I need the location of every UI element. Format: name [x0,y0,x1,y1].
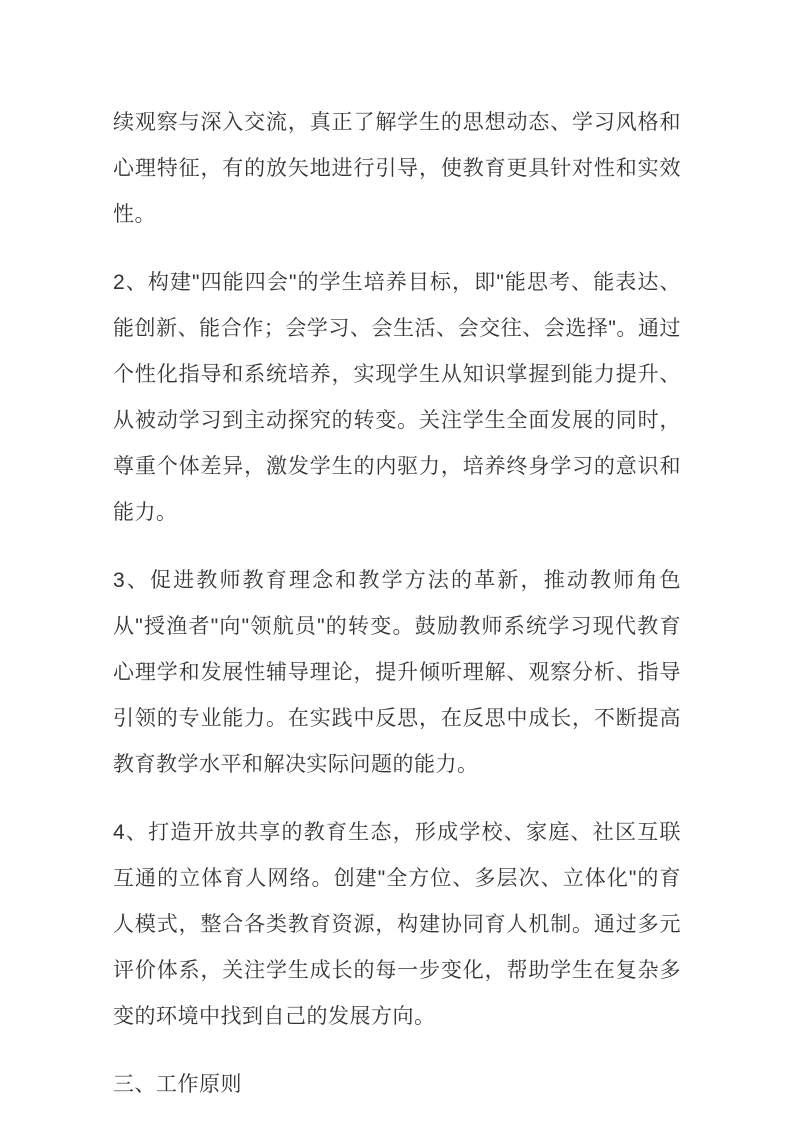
doc-paragraph-item-3: 3、促进教师教育理念和教学方法的革新，推动教师角色从"授渔者"向"领航员"的转变… [113,558,681,788]
doc-paragraph-item-4: 4、打造开放共享的教育生态，形成学校、家庭、社区互联互通的立体育人网络。创建"全… [113,810,681,1040]
document-page: 续观察与深入交流，真正了解学生的思想动态、学习风格和心理特征，有的放矢地进行引导… [0,0,793,1122]
doc-paragraph-continued: 续观察与深入交流，真正了解学生的思想动态、学习风格和心理特征，有的放矢地进行引导… [113,100,681,238]
section-heading-work-principles: 三、工作原则 [113,1062,681,1108]
doc-paragraph-item-2: 2、构建"四能四会"的学生培养目标，即"能思考、能表达、能创新、能合作；会学习、… [113,260,681,536]
